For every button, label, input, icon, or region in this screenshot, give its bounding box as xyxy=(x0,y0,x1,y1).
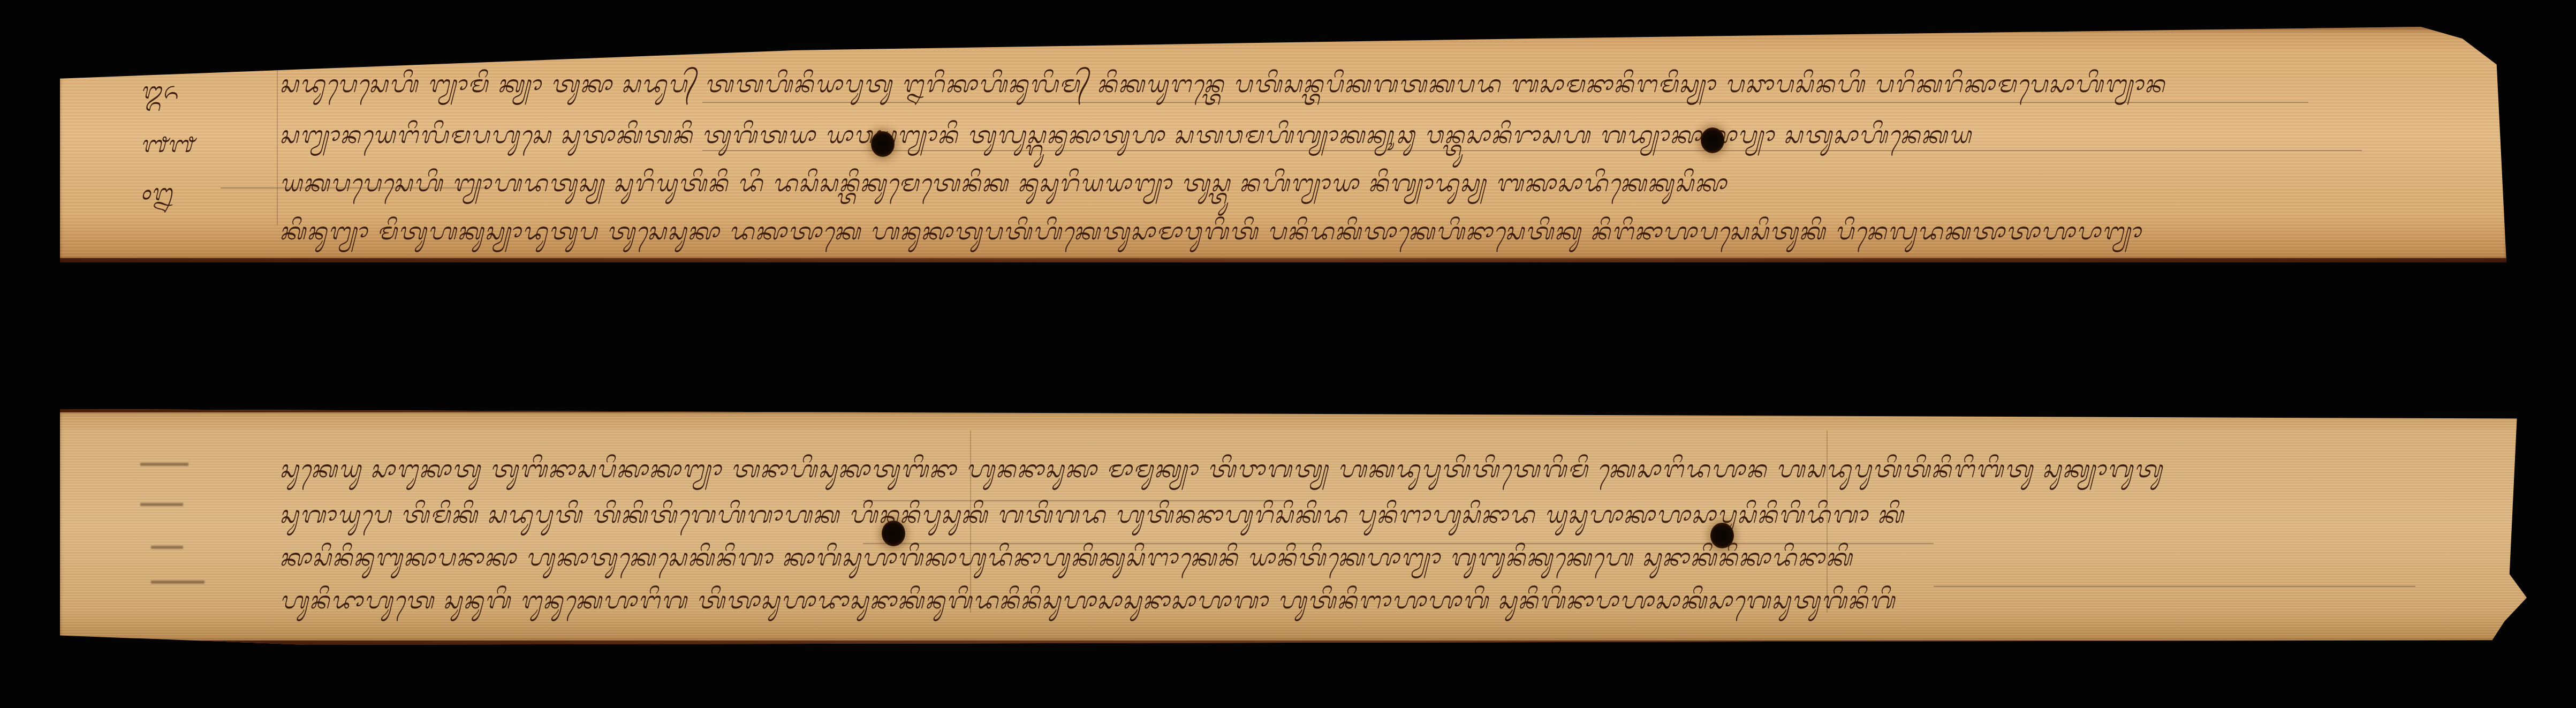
leaf-edge-burn xyxy=(60,409,2527,412)
leaf-number-1: ᭓᭖ xyxy=(140,75,178,115)
faded-mark xyxy=(151,546,183,549)
manuscript-line-3: ᬓᬵᬲᬶᬦᬶᬦᬸᬩᬸᬓᬵᬧᬦᬵᬓᬵ ᬳᬸᬓᬵᬢᬸᬓᬾᬲᬾᬓᬶᬦᬶᬕᬵ ᬓᬵᬕᬶᬲ… xyxy=(279,540,1853,583)
palm-leaf-bottom: ᬲᬸᬓᬾᬬᬸ ᬲᬵᬗᬸᬓᬵᬢᬸ ᬢᬸᬩᬶᬦᬵᬲᬧᬶᬓᬵᬓᬵᬗ᭄ᬬᬵ ᬢᬦᬵᬳᬶᬲ… xyxy=(60,409,2527,645)
leaf-number-2: ᭑᭑ xyxy=(140,129,193,169)
binding-hole-left xyxy=(871,131,895,157)
leaf-edge-burn xyxy=(60,258,2506,262)
binding-hole-left xyxy=(882,521,905,546)
palm-leaf-top: ᭓᭖ ᭑᭑ ᭐᭒ ᬲᬤᬸᬧᬾᬲᬾᬳᬶ ᬗ᭄ᬬᬵᬫᬶ ᬓ᭄ᬬᬵ ᬢᬸᬓᬵ ᬲᬤᬸᬧ… xyxy=(60,27,2506,262)
manuscript-line-2: ᬲᬸᬕᬵᬬᬸᬧᬾ ᬢᬶᬫᬶᬓᬶ ᬲᬤᬸᬧᬸᬢᬶ ᬢᬶᬓᬶᬢᬶᬕᬾᬳᬶᬕᬵᬳᬓ ᬳ… xyxy=(279,498,1905,540)
ruling-line xyxy=(1934,586,2415,587)
manuscript-line-3: ᬬᬓᬧᬧᬾᬲᬾᬳᬶ ᬗ᭄ᬬᬵᬳᬤᬢᬸᬲ᭄ᬬ ᬲᬸᬭᬶᬬᬸᬢᬶᬦᬶ ᬤᬶ ᬤᬲᬶᬲ… xyxy=(279,166,1728,208)
faded-mark xyxy=(151,581,204,584)
leaf-number-3: ᭐᭒ xyxy=(140,177,172,217)
leaf-edge-burn xyxy=(60,641,2527,645)
manuscript-line-1: ᬲᬸᬓᬾᬬᬸ ᬲᬵᬗᬸᬓᬵᬢᬸ ᬢᬸᬩᬶᬦᬵᬲᬧᬶᬓᬵᬓᬵᬗ᭄ᬬᬵ ᬢᬦᬵᬳᬶᬲ… xyxy=(279,452,2163,494)
binding-hole-right xyxy=(1701,127,1724,153)
faded-mark xyxy=(140,503,183,506)
manuscript-line-4: ᬓᬶᬦᬸᬗ᭄ᬬᬵ ᬫᬶᬢᬸᬳᬓᬸᬲ᭄ᬬᬵᬤᬸᬢᬸᬧ ᬢᬸᬲᬾᬲᬸᬓᬵ ᬤᬓᬵᬢᬵ… xyxy=(279,214,2142,257)
margin-ruling xyxy=(277,64,278,225)
manuscript-line-4: ᬳᬸᬦᬶᬤᬵᬳᬸᬢᬾ ᬲᬸᬦᬸᬕᬶ ᬗᬸᬦᬸᬓᬾᬳᬵᬗᬶᬕ ᬢᬶᬢᬵᬲᬸᬳᬵᬤᬵ… xyxy=(279,583,1896,626)
manuscript-line-1: ᬲᬤᬸᬧᬾᬲᬾᬳᬶ ᬗ᭄ᬬᬵᬫᬶ ᬓ᭄ᬬᬵ ᬢᬸᬓᬵ ᬲᬤᬸᬧ᭄ ᬢᬢᬳᬶᬦᬶᬬ… xyxy=(279,67,2165,109)
binding-hole-right xyxy=(1710,523,1734,548)
faded-mark xyxy=(140,463,188,466)
